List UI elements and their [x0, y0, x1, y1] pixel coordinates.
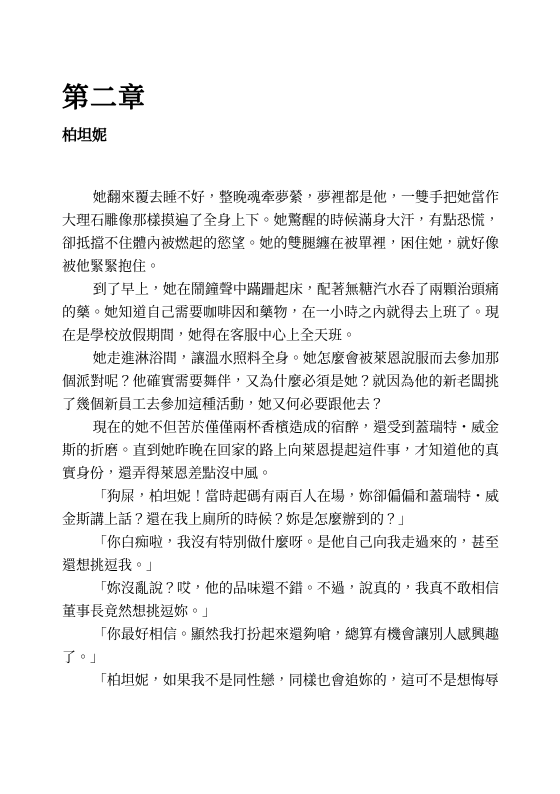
- chapter-body: 她翻來覆去睡不好，整晚魂牽夢縈，夢裡都是他，一雙手把她當作大理石雕像那樣摸遍了全…: [62, 187, 499, 693]
- paragraph: 她走進淋浴間，讓溫水照料全身。她怎麼會被萊恩說服而去參加那個派對呢？他確實需要舞…: [62, 348, 499, 417]
- paragraph: 「妳沒亂說？哎，他的品味還不錯。不過，說真的，我真不敢相信董事長竟然想挑逗妳。」: [62, 578, 499, 624]
- paragraph: 「你白痴啦，我沒有特別做什麼呀。是他自己向我走過來的，甚至還想挑逗我。」: [62, 532, 499, 578]
- paragraph: 到了早上，她在鬧鐘聲中蹣跚起床，配著無糖汽水吞了兩顆治頭痛的藥。她知道自己需要咖…: [62, 279, 499, 348]
- paragraph: 「柏坦妮，如果我不是同性戀，同樣也會追妳的，這可不是想悔辱: [62, 670, 499, 693]
- paragraph: 現在的她不但苦於僅僅兩杯香檳造成的宿醉，還受到蓋瑞特・威金斯的折磨。直到她昨晚在…: [62, 417, 499, 486]
- chapter-subtitle: 柏坦妮: [62, 127, 499, 145]
- paragraph: 她翻來覆去睡不好，整晚魂牽夢縈，夢裡都是他，一雙手把她當作大理石雕像那樣摸遍了全…: [62, 187, 499, 279]
- book-page: 第二章 柏坦妮 她翻來覆去睡不好，整晚魂牽夢縈，夢裡都是他，一雙手把她當作大理石…: [0, 0, 560, 794]
- paragraph: 「狗屎，柏坦妮！當時起碼有兩百人在場，妳卻偏偏和蓋瑞特・威金斯講上話？還在我上廁…: [62, 486, 499, 532]
- paragraph: 「你最好相信。顯然我打扮起來還夠嗆，總算有機會讓別人感興趣了。」: [62, 624, 499, 670]
- chapter-title: 第二章: [62, 84, 499, 114]
